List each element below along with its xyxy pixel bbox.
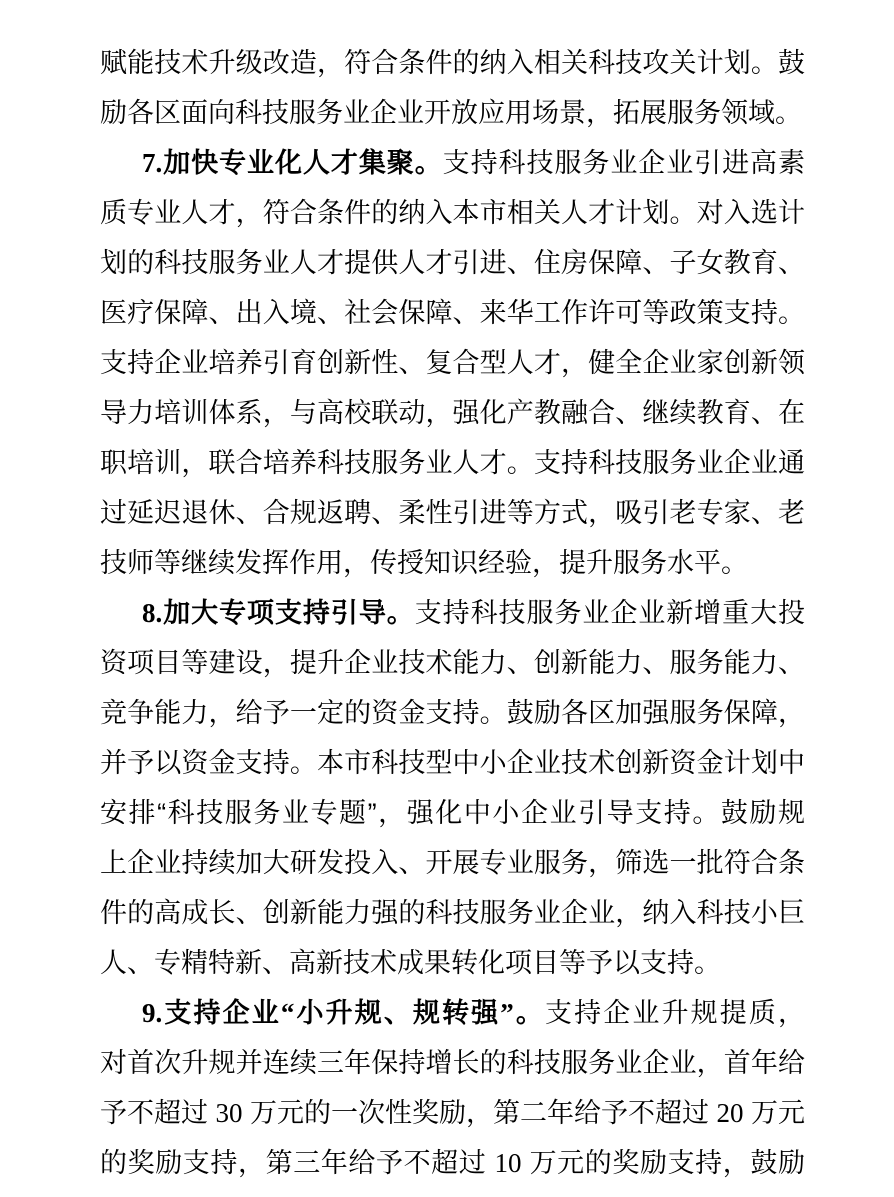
text-line: 支持企业培养引育创新性、复合型人才，健全企业家创新领 — [100, 338, 805, 388]
body-text: 导力培训体系，与高校联动，强化产教融合、继续教育、在 — [100, 398, 805, 428]
text-line: 安排“科技服务业专题”，强化中小企业引导支持。鼓励规 — [100, 788, 805, 838]
body-text: 质专业人才，符合条件的纳入本市相关人才计划。对入选计 — [100, 198, 805, 228]
body-text: 予不超过 — [100, 1098, 216, 1128]
body-text: 励各区面向科技服务业企业开放应用场景，拓展服务领域。 — [100, 98, 802, 128]
section-heading-text: 9.支持企业“小升规、规转强”。 — [142, 998, 545, 1028]
text-line: 竞争能力，给予一定的资金支持。鼓励各区加强服务保障， — [100, 688, 805, 738]
numeric-value: 20 — [717, 1098, 744, 1128]
paragraph-start-line: 8.加大专项支持引导。支持科技服务业企业新增重大投 — [100, 588, 805, 638]
body-text: 万元的一次性奖励，第二年给予不超过 — [243, 1098, 717, 1128]
text-line: 对首次升规并连续三年保持增长的科技服务业企业，首年给 — [100, 1038, 805, 1088]
text-line: 件的高成长、创新能力强的科技服务业企业，纳入科技小巨 — [100, 888, 805, 938]
body-text: 技师等继续发挥作用，传授知识经验，提升服务水平。 — [100, 548, 748, 578]
body-text: 件的高成长、创新能力强的科技服务业企业，纳入科技小巨 — [100, 898, 805, 928]
body-text: 赋能技术升级改造，符合条件的纳入相关科技攻关计划。鼓 — [100, 48, 805, 78]
text-line: 职培训，联合培养科技服务业人才。支持科技服务业企业通 — [100, 438, 805, 488]
text-line: 质专业人才，符合条件的纳入本市相关人才计划。对入选计 — [100, 188, 805, 238]
text-line: 技师等继续发挥作用，传授知识经验，提升服务水平。 — [100, 538, 805, 588]
paragraph-start-line: 7.加快专业化人才集聚。支持科技服务业企业引进高素 — [100, 138, 805, 188]
text-lines: 赋能技术升级改造，符合条件的纳入相关科技攻关计划。鼓励各区面向科技服务业企业开放… — [100, 38, 805, 1188]
body-text: 支持科技服务业企业新增重大投 — [415, 598, 805, 628]
text-line: 过延迟退休、合规返聘、柔性引进等方式，吸引老专家、老 — [100, 488, 805, 538]
body-text: 上企业持续加大研发投入、开展专业服务，筛选一批符合条 — [100, 848, 805, 878]
text-line: 人、专精特新、高新技术成果转化项目等予以支持。 — [100, 938, 805, 988]
numeric-value: 10 — [494, 1148, 521, 1178]
body-text: 人、专精特新、高新技术成果转化项目等予以支持。 — [100, 948, 721, 978]
section-heading-text: 8.加大专项支持引导。 — [142, 598, 415, 628]
text-line: 的奖励支持，第三年给予不超过 10 万元的奖励支持，鼓励 — [100, 1138, 805, 1188]
paragraph-start-line: 9.支持企业“小升规、规转强”。支持企业升规提质， — [100, 988, 805, 1038]
text-line: 资项目等建设，提升企业技术能力、创新能力、服务能力、 — [100, 638, 805, 688]
text-line: 划的科技服务业人才提供人才引进、住房保障、子女教育、 — [100, 238, 805, 288]
body-text: 职培训，联合培养科技服务业人才。支持科技服务业企业通 — [100, 448, 805, 478]
body-text: 竞争能力，给予一定的资金支持。鼓励各区加强服务保障， — [100, 698, 805, 728]
body-text: 安排“科技服务业专题”，强化中小企业引导支持。鼓励规 — [100, 798, 805, 828]
section-heading-text: 7.加快专业化人才集聚。 — [142, 148, 443, 178]
body-text: 资项目等建设，提升企业技术能力、创新能力、服务能力、 — [100, 648, 805, 678]
body-text: 过延迟退休、合规返聘、柔性引进等方式，吸引老专家、老 — [100, 498, 805, 528]
text-line: 医疗保障、出入境、社会保障、来华工作许可等政策支持。 — [100, 288, 805, 338]
document-page: 赋能技术升级改造，符合条件的纳入相关科技攻关计划。鼓励各区面向科技服务业企业开放… — [0, 0, 894, 1197]
text-line: 赋能技术升级改造，符合条件的纳入相关科技攻关计划。鼓 — [100, 38, 805, 88]
body-text: 划的科技服务业人才提供人才引进、住房保障、子女教育、 — [100, 248, 805, 278]
body-text: 支持企业培养引育创新性、复合型人才，健全企业家创新领 — [100, 348, 805, 378]
numeric-value: 30 — [216, 1098, 243, 1128]
text-line: 予不超过 30 万元的一次性奖励，第二年给予不超过 20 万元 — [100, 1088, 805, 1138]
body-text: 并予以资金支持。本市科技型中小企业技术创新资金计划中 — [100, 748, 805, 778]
body-text: 支持企业升规提质， — [545, 998, 805, 1028]
body-text: 支持科技服务业企业引进高素 — [443, 148, 805, 178]
text-line: 励各区面向科技服务业企业开放应用场景，拓展服务领域。 — [100, 88, 805, 138]
body-text: 对首次升规并连续三年保持增长的科技服务业企业，首年给 — [100, 1048, 805, 1078]
text-line: 导力培训体系，与高校联动，强化产教融合、继续教育、在 — [100, 388, 805, 438]
body-text: 医疗保障、出入境、社会保障、来华工作许可等政策支持。 — [100, 298, 805, 328]
body-text: 万元的奖励支持，鼓励 — [521, 1148, 805, 1178]
text-line: 并予以资金支持。本市科技型中小企业技术创新资金计划中 — [100, 738, 805, 788]
body-text: 的奖励支持，第三年给予不超过 — [100, 1148, 494, 1178]
body-text: 万元 — [744, 1098, 806, 1128]
text-line: 上企业持续加大研发投入、开展专业服务，筛选一批符合条 — [100, 838, 805, 888]
